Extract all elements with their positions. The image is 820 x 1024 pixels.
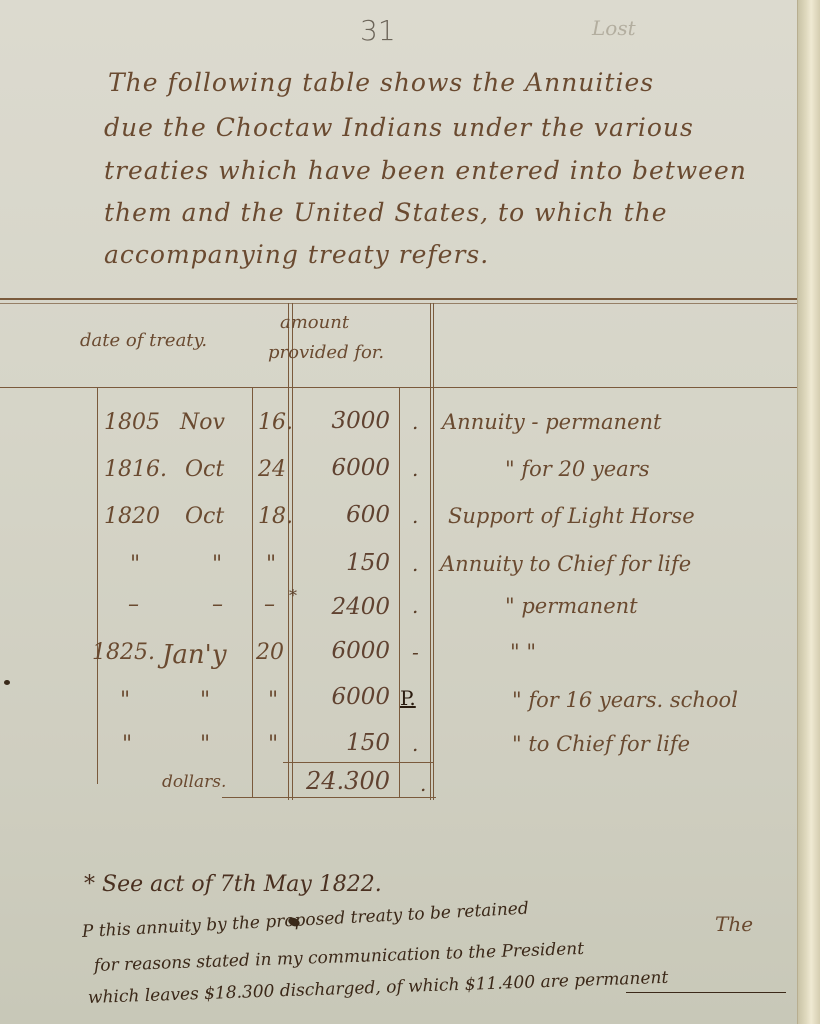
cell-mark: -	[412, 640, 419, 664]
cell-year: 1816.	[104, 457, 167, 482]
cell-year: 1805	[104, 410, 160, 435]
total-amount: 24.300	[290, 767, 390, 795]
cell-description: " to Chief for life	[512, 732, 690, 756]
cell-amount: 600	[290, 502, 390, 528]
total-rule	[283, 762, 433, 763]
cell-day: 20	[256, 640, 284, 665]
cell-month: Oct	[185, 457, 224, 482]
permanent-underline	[626, 992, 786, 993]
pencil-annotation: Lost	[592, 16, 636, 40]
cell-month: Jan'y	[162, 640, 227, 670]
cell-year: "	[130, 552, 140, 577]
p-footnote-line-1: P this annuity by the proposed treaty to…	[81, 899, 529, 942]
total-mark: .	[420, 772, 426, 796]
cell-description: " "	[510, 640, 536, 664]
cell-amount: 6000	[290, 638, 390, 664]
cell-mark: .	[412, 552, 418, 576]
total-label: dollars.	[162, 772, 226, 792]
cell-description: Support of Light Horse	[448, 504, 695, 528]
intro-line-3: treaties which have been entered into be…	[104, 156, 747, 185]
col-rule-day	[252, 388, 253, 798]
cell-year: "	[120, 688, 130, 713]
cell-mark: .	[412, 732, 418, 756]
cell-description: " for 16 years. school	[512, 688, 738, 712]
asterisk-footnote: * See act of 7th May 1822.	[84, 872, 382, 897]
header-bottom-rule	[0, 387, 800, 388]
cell-year: "	[122, 732, 132, 757]
cell-month: –	[212, 592, 223, 617]
p-footnote-line-3: which leaves $18.300 discharged, of whic…	[88, 968, 669, 1008]
col-rule-mark-right-2	[433, 303, 434, 800]
cell-mark: .	[412, 594, 418, 618]
intro-line-5: accompanying treaty refers.	[104, 240, 489, 269]
cell-amount: 2400	[290, 594, 390, 620]
cell-day: 24	[258, 457, 286, 482]
table-top-rule-2	[0, 303, 800, 304]
cell-amount: 150	[290, 550, 390, 576]
cell-description: " permanent	[505, 594, 638, 618]
cell-month: Nov	[180, 410, 225, 435]
cell-month: "	[212, 552, 222, 577]
cell-year: 1820	[104, 504, 160, 529]
table-bottom-rule	[222, 797, 436, 798]
cell-month: Oct	[185, 504, 224, 529]
cell-day: –	[264, 592, 275, 617]
cell-amount: 150	[290, 730, 390, 756]
cell-amount: 6000	[290, 684, 390, 710]
col-rule-left	[97, 388, 98, 784]
cell-month: "	[200, 732, 210, 757]
cell-day: "	[268, 732, 278, 757]
table-top-rule	[0, 298, 800, 300]
cell-month: "	[200, 688, 210, 713]
cell-day: 16.	[258, 410, 293, 435]
col-rule-amount-left	[288, 303, 289, 800]
cell-description: " for 20 years	[505, 457, 650, 481]
header-date-of-treaty: date of treaty.	[80, 330, 207, 351]
manuscript-page: 31 Lost The following table shows the An…	[0, 0, 800, 1024]
cell-mark: .	[412, 457, 418, 481]
header-amount: amount	[280, 312, 349, 333]
cell-description: Annuity to Chief for life	[440, 552, 691, 576]
p-footnote-marker: P.	[400, 686, 416, 710]
cell-day: "	[266, 552, 276, 577]
intro-line-2: due the Choctaw Indians under the variou…	[104, 113, 694, 142]
col-rule-mark-right	[430, 303, 431, 800]
page-number: 31	[360, 14, 396, 47]
cell-mark: .	[412, 410, 418, 434]
col-rule-amount-right	[399, 388, 400, 798]
cell-day: 18.	[258, 504, 293, 529]
cell-year: –	[128, 592, 139, 617]
intro-line-1: The following table shows the Annuities	[108, 68, 654, 97]
page-edge	[797, 0, 820, 1024]
cell-year: 1825.	[92, 640, 155, 665]
intro-line-4: them and the United States, to which the	[104, 198, 668, 227]
header-provided-for: provided for.	[268, 342, 384, 363]
p-footnote-insert: The	[715, 912, 753, 936]
cell-day: "	[268, 688, 278, 713]
cell-amount: 3000	[290, 408, 390, 434]
cell-mark: .	[412, 504, 418, 528]
p-footnote-line-2: for reasons stated in my communication t…	[94, 939, 585, 976]
cell-amount: 6000	[290, 455, 390, 481]
ink-speck	[4, 680, 10, 685]
cell-description: Annuity - permanent	[442, 410, 661, 434]
